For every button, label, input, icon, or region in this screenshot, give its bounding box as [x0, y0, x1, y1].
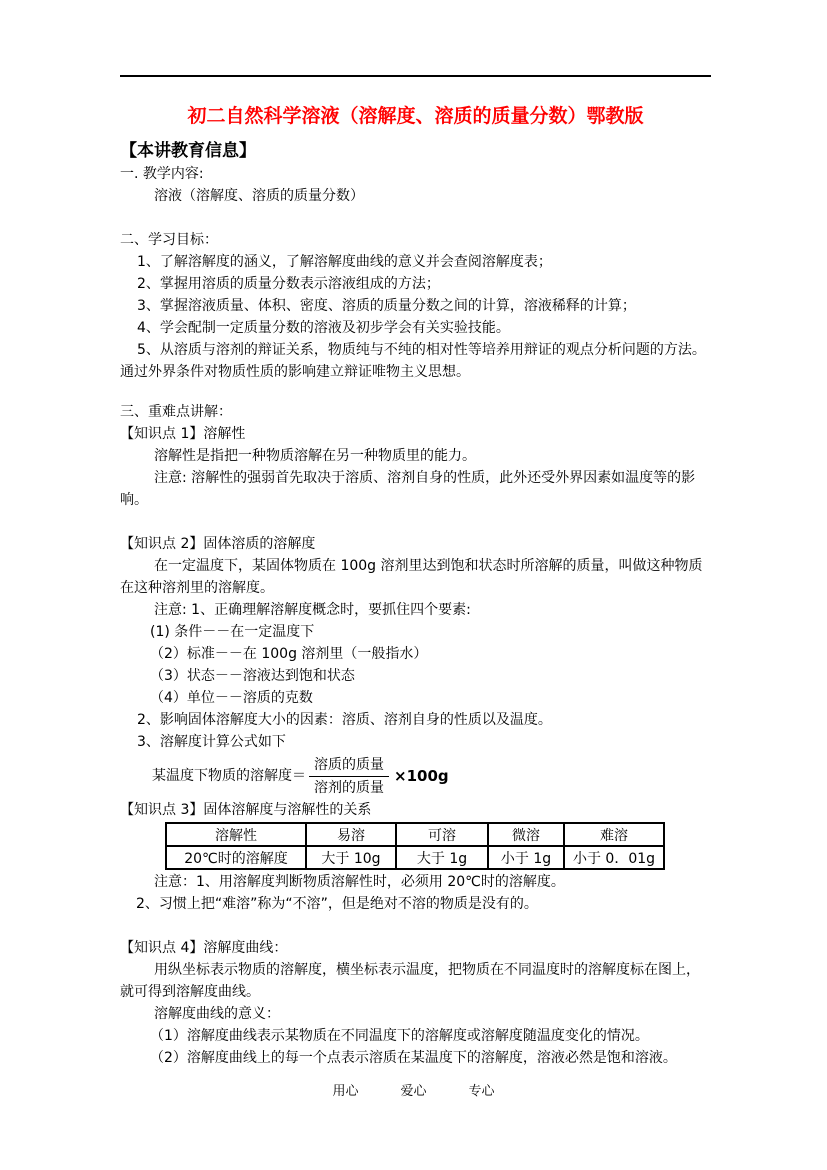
document-title: 初二自然科学溶液（溶解度、溶质的质量分数）鄂教版: [120, 101, 711, 131]
kp1-paragraph-2: 注意: 溶解性的强弱首先取决于溶质、溶剂自身的性质，此外还受外界因素如温度等的影…: [120, 467, 711, 511]
teaching-content: 溶液（溶解度、溶质的质量分数）: [120, 185, 711, 207]
kp2-paragraph-1: 在一定温度下，某固体物质在 100g 溶剂里达到饱和状态时所溶解的质量，叫做这种…: [120, 555, 711, 599]
kp1-paragraph-1: 溶解性是指把一种物质溶解在另一种物质里的能力。: [120, 445, 711, 467]
kp2-factor-4: （4）单位－－溶质的克数: [120, 687, 711, 709]
formula-denominator: 溶剂的质量: [309, 777, 389, 797]
kp4-meaning-1: （1）溶解度曲线表示某物质在不同温度下的溶解度或溶解度随温度变化的情况。: [120, 1025, 711, 1047]
kp3-note-1: 注意：1、用溶解度判断物质溶解性时，必须用 20℃时的溶解度。: [120, 871, 711, 893]
formula-lhs: 某温度下物质的溶解度＝: [152, 767, 306, 785]
table-header-cell: 难溶: [564, 823, 664, 846]
kp2-paragraph-3: 3、溶解度计算公式如下: [120, 731, 711, 753]
goal-item-1: 1、了解溶解度的涵义，了解溶解度曲线的意义并会查阅溶解度表；: [120, 251, 711, 273]
formula-fraction: 溶质的质量 溶剂的质量: [309, 756, 389, 797]
goal-item-5: 5、从溶质与溶剂的辩证关系，物质纯与不纯的相对性等培养用辩证的观点分析问题的方法…: [120, 339, 711, 383]
kp4-paragraph-2: 溶解度曲线的意义：: [120, 1003, 711, 1025]
goals-heading: 二、学习目标：: [120, 229, 711, 251]
table-cell: 大于 10g: [306, 846, 396, 869]
solubility-formula: 某温度下物质的溶解度＝ 溶质的质量 溶剂的质量 ×100g: [152, 753, 711, 799]
document-page: 初二自然科学溶液（溶解度、溶质的质量分数）鄂教版 【本讲教育信息】 一. 教学内…: [0, 0, 827, 1170]
footer-word-1: 用心: [332, 1080, 358, 1099]
goal-item-3: 3、掌握溶液质量、体积、密度、溶质的质量分数之间的计算，溶液稀释的计算；: [120, 295, 711, 317]
page-footer: 用心 爱心 专心: [0, 1080, 827, 1099]
table-header-cell: 可溶: [396, 823, 488, 846]
goal-item-2: 2、掌握用溶质的质量分数表示溶液组成的方法；: [120, 273, 711, 295]
kp2-heading: 【知识点 2】固体溶质的溶解度: [120, 533, 711, 555]
table-header-cell: 溶解性: [166, 823, 306, 846]
kp4-heading: 【知识点 4】溶解度曲线：: [120, 937, 711, 959]
table-cell: 20℃时的溶解度: [166, 846, 306, 869]
kp3-heading: 【知识点 3】固体溶解度与溶解性的关系: [120, 799, 711, 821]
table-header-cell: 微溶: [488, 823, 564, 846]
table-header-cell: 易溶: [306, 823, 396, 846]
kp2-factor-3: （3）状态－－溶液达到饱和状态: [120, 665, 711, 687]
info-header: 【本讲教育信息】: [120, 139, 711, 163]
table-cell: 大于 1g: [396, 846, 488, 869]
table-data-row: 20℃时的溶解度 大于 10g 大于 1g 小于 1g 小于 0．01g: [166, 846, 664, 869]
kp4-paragraph-1: 用纵坐标表示物质的溶解度，横坐标表示温度，把物质在不同温度时的溶解度标在图上，就…: [120, 959, 711, 1003]
kp2-paragraph-2: 2、影响固体溶解度大小的因素：溶质、溶剂自身的性质以及温度。: [120, 709, 711, 731]
kp1-heading: 【知识点 1】溶解性: [120, 423, 711, 445]
formula-numerator: 溶质的质量: [309, 756, 389, 777]
kp2-factor-2: （2）标准－－在 100g 溶剂里（一般指水）: [120, 643, 711, 665]
table-cell: 小于 0．01g: [564, 846, 664, 869]
table-cell: 小于 1g: [488, 846, 564, 869]
footer-word-3: 专心: [469, 1080, 495, 1099]
kp4-meaning-2: （2）溶解度曲线上的每一个点表示溶质在某温度下的溶解度，溶液必然是饱和溶液。: [120, 1047, 711, 1069]
formula-suffix: ×100g: [394, 767, 449, 785]
solubility-table: 溶解性 易溶 可溶 微溶 难溶 20℃时的溶解度 大于 10g 大于 1g 小于…: [165, 822, 665, 870]
teaching-heading: 一. 教学内容:: [120, 163, 711, 185]
kp3-note-2: 2、习惯上把“难溶”称为“不溶”，但是绝对不溶的物质是没有的。: [120, 893, 711, 915]
footer-word-2: 爱心: [400, 1080, 426, 1099]
kp2-factor-1: (1) 条件－－在一定温度下: [120, 621, 711, 643]
keypoints-heading: 三、重难点讲解：: [120, 401, 711, 423]
kp2-note: 注意: 1、正确理解溶解度概念时，要抓住四个要素:: [120, 599, 711, 621]
document-content: 初二自然科学溶液（溶解度、溶质的质量分数）鄂教版 【本讲教育信息】 一. 教学内…: [120, 77, 711, 1069]
goal-item-4: 4、学会配制一定质量分数的溶液及初步学会有关实验技能。: [120, 317, 711, 339]
table-header-row: 溶解性 易溶 可溶 微溶 难溶: [166, 823, 664, 846]
